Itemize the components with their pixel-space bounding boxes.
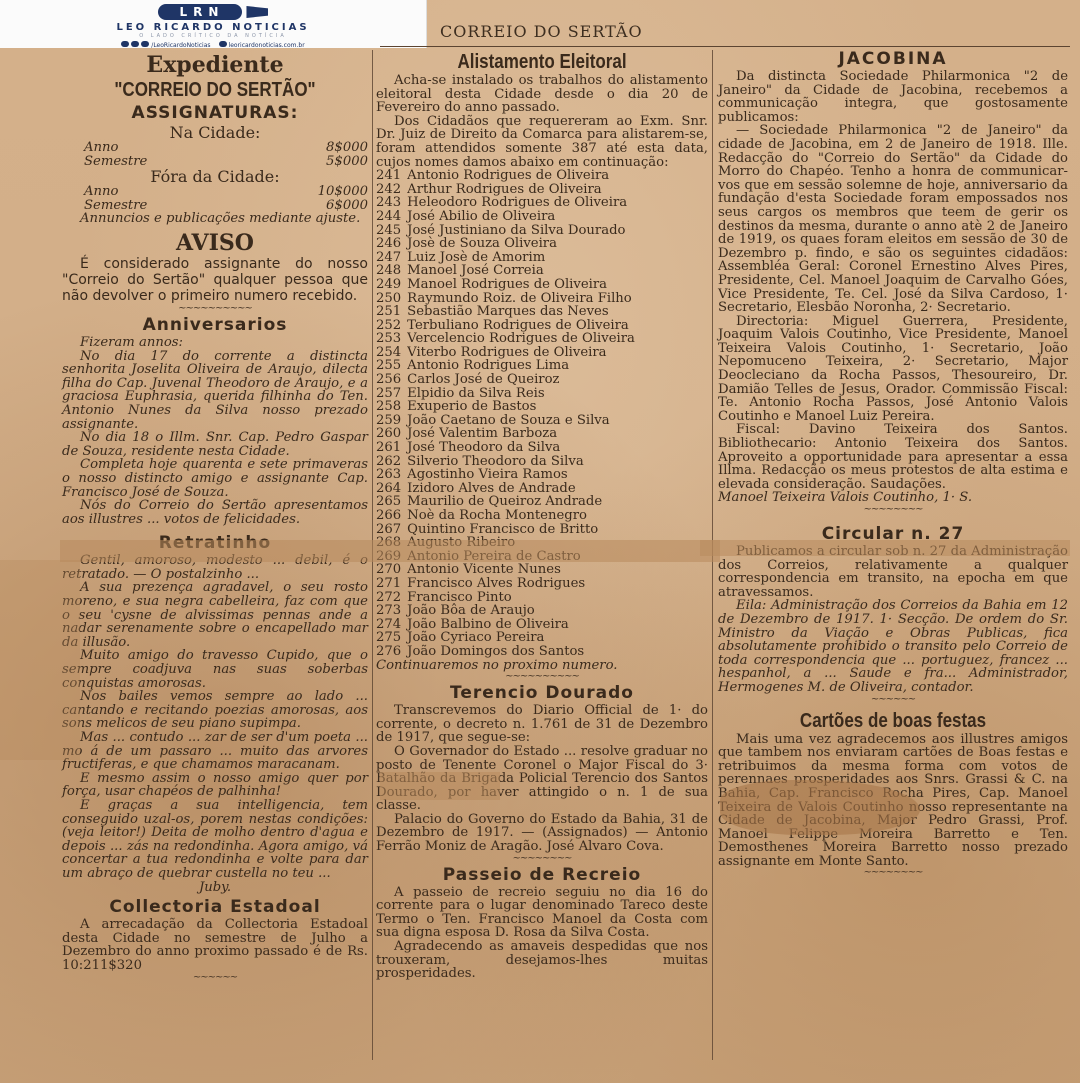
- out-city-label: Fóra da Cidade:: [62, 168, 368, 185]
- paragraph: Nos bailes vemos sempre ao lado ... cant…: [62, 690, 368, 731]
- paper-name: "CORREIO DO SERTÃO": [85, 78, 345, 102]
- voter-list-item: 264Izidoro Alves de Andrade: [376, 482, 708, 496]
- voter-list-item: 258Exuperio de Bastos: [376, 400, 708, 414]
- voter-list-item: 265Maurilio de Queiroz Andrade: [376, 495, 708, 509]
- continued-note: Continuaremos no proximo numero.: [376, 659, 708, 673]
- price-row: Semestre6$000: [62, 199, 368, 213]
- ornament-divider: ~~~~~~~~~~: [62, 304, 368, 314]
- paragraph: Dos Cidadãos que requereram ao Exm. Snr.…: [376, 115, 708, 169]
- voter-name: Francisco Alves Rodrigues: [407, 576, 585, 591]
- aviso-text: É considerado assignante do nosso "Corre…: [62, 256, 368, 304]
- price-row: Semestre5$000: [62, 155, 368, 169]
- anniversarios-title: Anniversarios: [62, 314, 368, 336]
- paragraph: Eila: Administração dos Correios da Bahi…: [718, 599, 1068, 694]
- paragraph: Palacio do Governo do Estado da Bahia, 3…: [376, 813, 708, 854]
- voter-list-item: 248Manoel José Correia: [376, 264, 708, 278]
- voter-list-item: 270Antonio Vicente Nunes: [376, 563, 708, 577]
- column-right: JACOBINA Da distincta Sociedade Philarmo…: [718, 48, 1068, 878]
- signature: Manoel Teixeira Valois Coutinho, 1· S.: [718, 491, 1068, 505]
- ornament-divider: ~~~~~~~~: [376, 854, 708, 864]
- paragraph: Mas ... contudo ... zar de ser d'um poet…: [62, 731, 368, 772]
- paper-tear: [380, 772, 500, 800]
- voter-list-item: 256Carlos José de Queiroz: [376, 373, 708, 387]
- voter-name: Sebastião Marques das Neves: [407, 304, 608, 319]
- in-city-label: Na Cidade:: [62, 124, 368, 141]
- logo-camera-icon: [246, 6, 268, 18]
- paragraph: No dia 18 o Illm. Snr. Cap. Pedro Gaspar…: [62, 431, 368, 458]
- instagram-icon[interactable]: [131, 41, 139, 47]
- paragraph: Completa hoje quarenta e sete primaveras…: [62, 458, 368, 499]
- anniversarios-intro: Fizeram annos:: [62, 336, 368, 350]
- social-handle[interactable]: /LeoRicardoNoticias: [151, 42, 210, 49]
- paragraph: — Sociedade Philarmonica "2 de Janeiro" …: [718, 124, 1068, 314]
- divider: [380, 46, 1070, 47]
- paragraph: A passeio de recreio seguiu no dia 16 do…: [376, 886, 708, 940]
- aviso-title: AVISO: [62, 230, 368, 256]
- logo-text: LRN: [158, 4, 243, 20]
- facebook-icon[interactable]: [121, 41, 129, 47]
- column-left: Expediente "CORREIO DO SERTÃO" ASSIGNATU…: [62, 52, 368, 983]
- voter-name: Agostinho Vieira Ramos: [407, 467, 568, 482]
- voter-name: José Abilio de Oliveira: [407, 209, 555, 224]
- voter-list-item: 242Arthur Rodrigues de Oliveira: [376, 183, 708, 197]
- voter-list-item: 252Terbuliano Rodrigues de Oliveira: [376, 319, 708, 333]
- masthead: CORREIO DO SERTÃO: [440, 22, 643, 41]
- voter-list-item: 274João Balbino de Oliveira: [376, 618, 708, 632]
- voter-list-item: 263Agostinho Vieira Ramos: [376, 468, 708, 482]
- price-row: Anno10$000: [62, 185, 368, 199]
- voter-name: Exuperio de Bastos: [407, 399, 536, 414]
- paragraph: E graças a sua intelligencia, tem conseg…: [62, 799, 368, 881]
- column-middle: Alistamento Eleitoral Acha-se instalado …: [376, 50, 708, 981]
- voter-name: Antonio Rodrigues de Oliveira: [407, 168, 609, 183]
- voter-list-item: 266Noè da Rocha Montenegro: [376, 509, 708, 523]
- paragraph: Directoria: Miguel Guerrera, Presidente,…: [718, 315, 1068, 424]
- assignaturas-heading: ASSIGNATURAS:: [62, 102, 368, 124]
- ornament-divider: ~~~~~~~~~~: [376, 672, 708, 682]
- voter-list-item: 244José Abilio de Oliveira: [376, 210, 708, 224]
- paragraph: Transcrevemos do Diario Official de 1· d…: [376, 704, 708, 745]
- collectoria-text: A arrecadação da Collectoria Estadoal de…: [62, 918, 368, 972]
- voter-list-item: 271Francisco Alves Rodrigues: [376, 577, 708, 591]
- ornament-divider: ~~~~~~: [718, 695, 1068, 705]
- price-row: Anno8$000: [62, 141, 368, 155]
- voter-name: Carlos José de Queiroz: [407, 372, 559, 387]
- paragraph: Nós do Correio do Sertão apresentamos ao…: [62, 499, 368, 526]
- voter-list-item: 243Heleodoro Rodrigues de Oliveira: [376, 196, 708, 210]
- voter-list-item: 246Josè de Souza Oliveira: [376, 237, 708, 251]
- paragraph: Muito amigo do travesso Cupido, que o se…: [62, 649, 368, 690]
- voter-list-item: 260José Valentim Barboza: [376, 427, 708, 441]
- alistamento-title: Alistamento Eleitoral: [401, 50, 683, 74]
- website-link[interactable]: leoricardonoticias.com.br: [219, 41, 305, 49]
- logo: LRN: [158, 4, 269, 20]
- voter-name: Josè de Souza Oliveira: [407, 236, 557, 251]
- paper-tear: [0, 560, 80, 760]
- voter-list-item: 272Francisco Pinto: [376, 591, 708, 605]
- site-tagline: O LADO CRÍTICO DA NOTÍCIA: [139, 33, 287, 39]
- voter-list-item: 261José Theodoro da Silva: [376, 441, 708, 455]
- paper-tear: [60, 540, 720, 562]
- signature: Juby.: [62, 881, 368, 895]
- site-banner[interactable]: LRN LEO RICARDO NOTICIAS O LADO CRÍTICO …: [0, 0, 427, 48]
- voter-name: Manoel Rodrigues de Oliveira: [407, 277, 607, 292]
- voter-list-item: 262Silverio Theodoro da Silva: [376, 455, 708, 469]
- voter-list-item: 273João Bôa de Araujo: [376, 604, 708, 618]
- paragraph: Da distincta Sociedade Philarmonica "2 d…: [718, 70, 1068, 124]
- paper-tear: [700, 540, 1070, 556]
- voter-list-item: 245José Justiniano da Silva Dourado: [376, 224, 708, 238]
- voter-list-item: 257Elpidio da Silva Reis: [376, 387, 708, 401]
- voter-list-item: 255Antonio Rodrigues Lima: [376, 359, 708, 373]
- voter-list-item: 241Antonio Rodrigues de Oliveira: [376, 169, 708, 183]
- voter-list-item: 249Manoel Rodrigues de Oliveira: [376, 278, 708, 292]
- youtube-icon[interactable]: [141, 41, 149, 47]
- ads-note: Annuncios e publicações mediante ajuste.: [62, 212, 368, 226]
- social-links[interactable]: /LeoRicardoNoticias: [121, 41, 210, 49]
- voter-number: 276: [376, 644, 401, 659]
- paragraph: E mesmo assim o nosso amigo quer por for…: [62, 772, 368, 799]
- website-url[interactable]: leoricardonoticias.com.br: [229, 42, 305, 49]
- paragraph: No dia 17 do corrente a distincta senhor…: [62, 350, 368, 432]
- paragraph: Fiscal: Davino Teixeira dos Santos. Bibl…: [718, 423, 1068, 491]
- globe-icon: [219, 41, 227, 47]
- paragraph: Agradecendo as amaveis despedidas que no…: [376, 940, 708, 981]
- voter-list-item: 259João Caetano de Souza e Silva: [376, 414, 708, 428]
- cartoes-title: Cartões de boas festas: [744, 709, 1042, 733]
- voter-name: José Theodoro da Silva: [407, 440, 560, 455]
- paragraph: A sua prezença agradavel, o seu rosto mo…: [62, 581, 368, 649]
- paragraph: Acha-se instalado os trabalhos do alista…: [376, 74, 708, 115]
- voter-list-item: 275João Cyriaco Pereira: [376, 631, 708, 645]
- jacobina-title: JACOBINA: [718, 48, 1068, 70]
- ornament-divider: ~~~~~~~~: [718, 505, 1068, 515]
- site-name: LEO RICARDO NOTICIAS: [116, 22, 309, 33]
- voter-list-item: 250Raymundo Roiz. de Oliveira Filho: [376, 292, 708, 306]
- passeio-title: Passeio de Recreio: [376, 864, 708, 886]
- voter-list-item: 276João Domingos dos Santos: [376, 645, 708, 659]
- voter-list-item: 254Viterbo Rodrigues de Oliveira: [376, 346, 708, 360]
- voter-list-item: 247Luiz Josè de Amorim: [376, 251, 708, 265]
- voter-list-item: 251Sebastião Marques das Neves: [376, 305, 708, 319]
- ornament-divider: ~~~~~~: [62, 973, 368, 983]
- voter-name: João Domingos dos Santos: [407, 644, 584, 659]
- expediente-title: Expediente: [62, 52, 368, 78]
- voter-name: João Bôa de Araujo: [407, 603, 535, 618]
- voter-list: 241Antonio Rodrigues de Oliveira242Arthu…: [376, 169, 708, 658]
- voter-list-item: 253Vercelencio Rodrigues de Oliveira: [376, 332, 708, 346]
- voter-list-item: 267Quintino Francisco de Britto: [376, 523, 708, 537]
- ornament-divider: ~~~~~~~~: [718, 868, 1068, 878]
- voter-name: Noè da Rocha Montenegro: [407, 508, 587, 523]
- terencio-title: Terencio Dourado: [376, 682, 708, 704]
- collectoria-title: Collectoria Estadoal: [62, 896, 368, 918]
